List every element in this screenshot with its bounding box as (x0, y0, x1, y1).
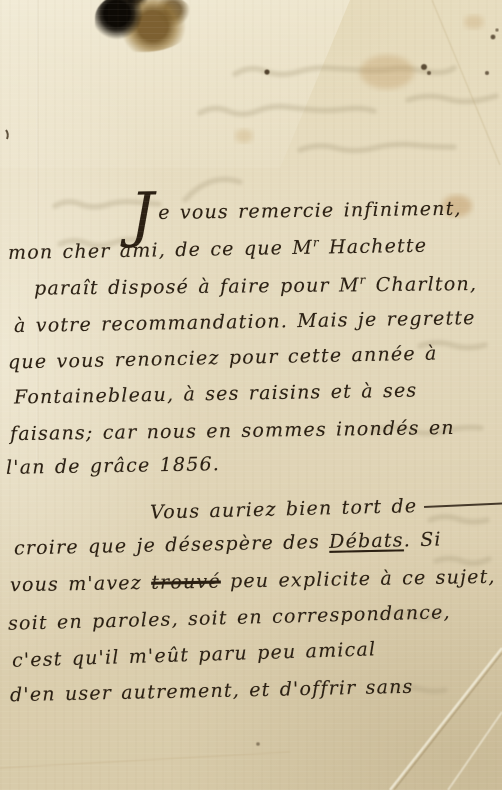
struck-word: trouvé (151, 571, 221, 594)
letter-line-1: Je vous remercie infiniment, (130, 198, 462, 225)
underlined-word: Débats (329, 529, 404, 553)
line-segment: croire que je désespère des (14, 531, 330, 560)
letter-line-2: mon cher ami, de ce que Mr Hachette (8, 233, 428, 264)
letter-line-3: paraît disposé à faire pour Mr Charlton, (34, 272, 477, 300)
line-segment: peu explicite à ce sujet, (221, 566, 496, 593)
letter-line-9: Vous auriez bien tort de (150, 492, 502, 523)
line-filler-stroke (424, 501, 502, 508)
line-segment: vous m'avez (10, 572, 152, 596)
letter-line-10: croire que je désespère des Débats. Si (14, 529, 442, 560)
line-segment: Vous auriez bien tort de (150, 495, 418, 524)
line-segment: mon cher ami, de ce que M (8, 237, 313, 264)
line-segment: Hachette (320, 235, 428, 259)
line-segment: c'est qu'il m'eût paru peu amical (12, 638, 377, 671)
letter-line-7: faisans; car nous en sommes inondés en (10, 417, 455, 445)
line-segment: faisans; car nous en sommes inondés en (10, 417, 455, 445)
line-segment: que vous renonciez pour cette année à (8, 343, 438, 374)
line-segment: d'en user autrement, et d'offrir sans (10, 676, 414, 706)
line-segment: l'an de grâce 1856. (6, 453, 220, 479)
letter-line-12: soit en paroles, soit en correspondance, (8, 601, 451, 635)
line-segment: Charlton, (366, 273, 477, 296)
letter-line-4: à votre recommandation. Mais je regrette (14, 307, 476, 337)
line-segment: paraît disposé à faire pour M (34, 274, 360, 299)
line-segment: soit en paroles, soit en correspondance, (8, 601, 451, 635)
letter-line-6: Fontainebleau, à ses raisins et à ses (14, 379, 418, 408)
letter-page: Je vous remercie infiniment, mon cher am… (0, 0, 502, 790)
line-segment: à votre recommandation. Mais je regrette (14, 307, 476, 337)
letter-line-8: l'an de grâce 1856. (6, 453, 220, 479)
letter-body: Je vous remercie infiniment, mon cher am… (0, 0, 502, 790)
line-segment: . Si (403, 529, 441, 552)
letter-line-11: vous m'avez trouvé peu explicite à ce su… (10, 566, 496, 596)
line-segment: e vous remercie infiniment, (158, 198, 462, 224)
line-segment: Fontainebleau, à ses raisins et à ses (14, 379, 418, 408)
letter-line-5: que vous renonciez pour cette année à (8, 343, 438, 374)
letter-line-14: d'en user autrement, et d'offrir sans (10, 676, 414, 706)
letter-line-13: c'est qu'il m'eût paru peu amical (12, 638, 377, 671)
